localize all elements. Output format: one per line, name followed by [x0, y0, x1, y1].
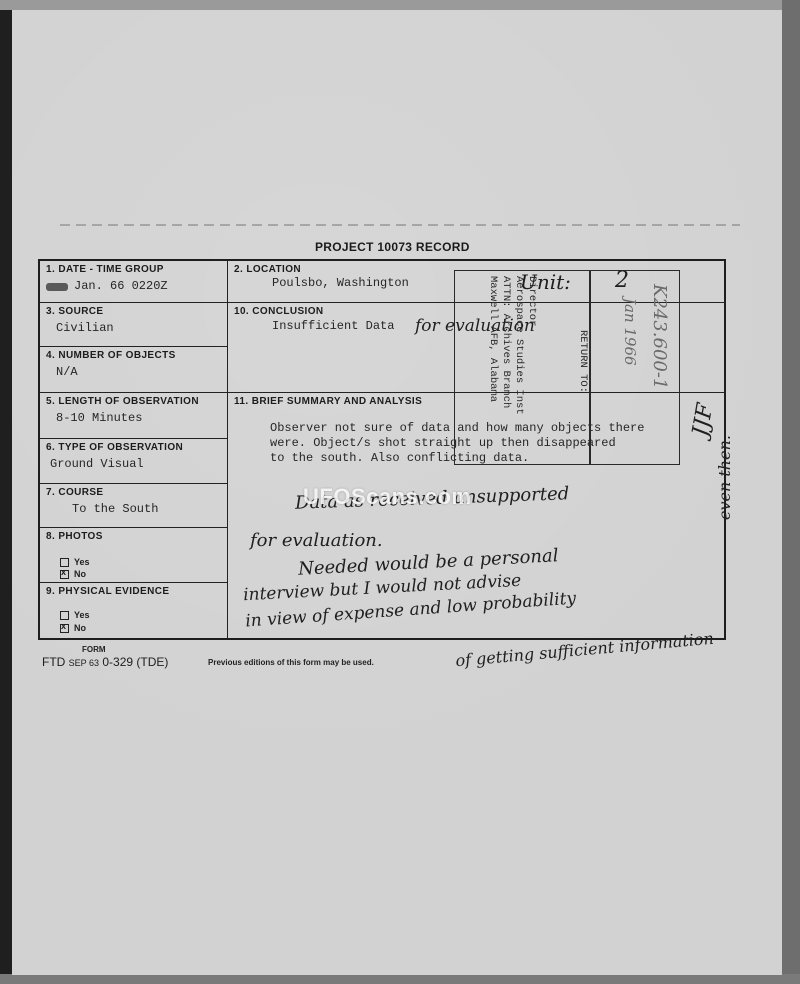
field-value: Poulsbo, Washington: [272, 276, 409, 290]
evidence-no-checkbox: No: [60, 623, 86, 633]
handwritten-initials: JJF: [694, 403, 713, 438]
evidence-yes-checkbox: Yes: [60, 610, 90, 620]
field-course: 7. COURSE To the South: [38, 484, 228, 528]
stamp-line: ATTN: Archives Branch: [499, 276, 512, 415]
field-label: 3. SOURCE: [46, 306, 104, 317]
field-label: 7. COURSE: [46, 487, 104, 498]
field-value: To the South: [72, 502, 158, 516]
stamp-divider: [589, 270, 591, 465]
stamp-address: Director Aerospace Studies Inst ATTN: Ar…: [486, 276, 538, 415]
field-label: 10. CONCLUSION: [234, 306, 324, 317]
handwritten-date: Jan 1966: [622, 298, 637, 366]
document-title: PROJECT 10073 RECORD: [315, 240, 470, 254]
field-value: Civilian: [56, 321, 114, 335]
field-label: 2. LOCATION: [234, 264, 301, 275]
field-photos: 8. PHOTOS Yes No: [38, 528, 228, 583]
scan-edge-right: [782, 0, 800, 984]
field-label: 8. PHOTOS: [46, 531, 103, 542]
field-label: 4. NUMBER OF OBJECTS: [46, 350, 176, 361]
photos-yes-checkbox: Yes: [60, 557, 90, 567]
form-number: 0-329 (TDE): [102, 655, 168, 669]
field-value: N/A: [56, 365, 78, 379]
field-value: 8-10 Minutes: [56, 411, 142, 425]
scan-edge-bottom: [0, 974, 800, 984]
field-physical-evidence: 9. PHYSICAL EVIDENCE Yes No: [38, 583, 228, 640]
footer-form-label: FORM: [82, 645, 106, 654]
watermark: UFOScans.com: [303, 484, 472, 510]
footer-note: Previous editions of this form may be us…: [208, 658, 374, 667]
handwritten-unit-number: 2: [615, 268, 629, 293]
scan-edge-left: [0, 10, 12, 975]
field-label: 11. BRIEF SUMMARY AND ANALYSIS: [234, 396, 422, 407]
stamp-line: Director: [525, 276, 538, 415]
checkbox-empty-icon: [60, 611, 69, 620]
field-label: 9. PHYSICAL EVIDENCE: [46, 586, 169, 597]
field-length-of-observation: 5. LENGTH OF OBSERVATION 8-10 Minutes: [38, 393, 228, 439]
field-source: 3. SOURCE Civilian: [38, 303, 228, 347]
form-prefix: FTD: [42, 655, 65, 669]
redaction-mark: [46, 283, 68, 291]
field-label: 5. LENGTH OF OBSERVATION: [46, 396, 199, 407]
field-number-of-objects: 4. NUMBER OF OBJECTS N/A: [38, 347, 228, 393]
handwritten-conclusion-addendum: for evaluation: [415, 316, 535, 336]
option-label: Yes: [74, 557, 90, 567]
field-label: 6. TYPE OF OBSERVATION: [46, 442, 183, 453]
option-label: No: [74, 623, 86, 633]
checkbox-empty-icon: [60, 558, 69, 567]
field-value: Jan. 66 0220Z: [74, 279, 168, 293]
handwritten-reference: K243.600-1: [650, 284, 668, 389]
stamp-return-to: RETURN TO:: [576, 330, 589, 393]
scan-artifact-line: [60, 224, 740, 226]
checkbox-checked-icon: [60, 624, 69, 633]
stamp-line: Aerospace Studies Inst: [512, 276, 525, 415]
option-label: Yes: [74, 610, 90, 620]
field-value: Ground Visual: [50, 457, 144, 471]
handwritten-unit: Unit:: [520, 270, 571, 294]
field-value: Insufficient Data: [272, 319, 394, 333]
footer-form-id: FTD SEP 63 0-329 (TDE): [42, 655, 168, 669]
handwritten-note-line2: for evaluation.: [250, 530, 383, 551]
checkbox-checked-icon: [60, 570, 69, 579]
stamp-line: Maxwell AFB, Alabama: [486, 276, 499, 415]
handwritten-margin-note: even then.: [718, 435, 731, 520]
field-label: 1. DATE - TIME GROUP: [46, 264, 164, 275]
option-label: No: [74, 569, 86, 579]
field-date-time-group: 1. DATE - TIME GROUP Jan. 66 0220Z: [38, 259, 228, 303]
scan-edge-top: [0, 0, 800, 10]
form-date: SEP 63: [69, 658, 99, 668]
photos-no-checkbox: No: [60, 569, 86, 579]
field-type-of-observation: 6. TYPE OF OBSERVATION Ground Visual: [38, 439, 228, 484]
